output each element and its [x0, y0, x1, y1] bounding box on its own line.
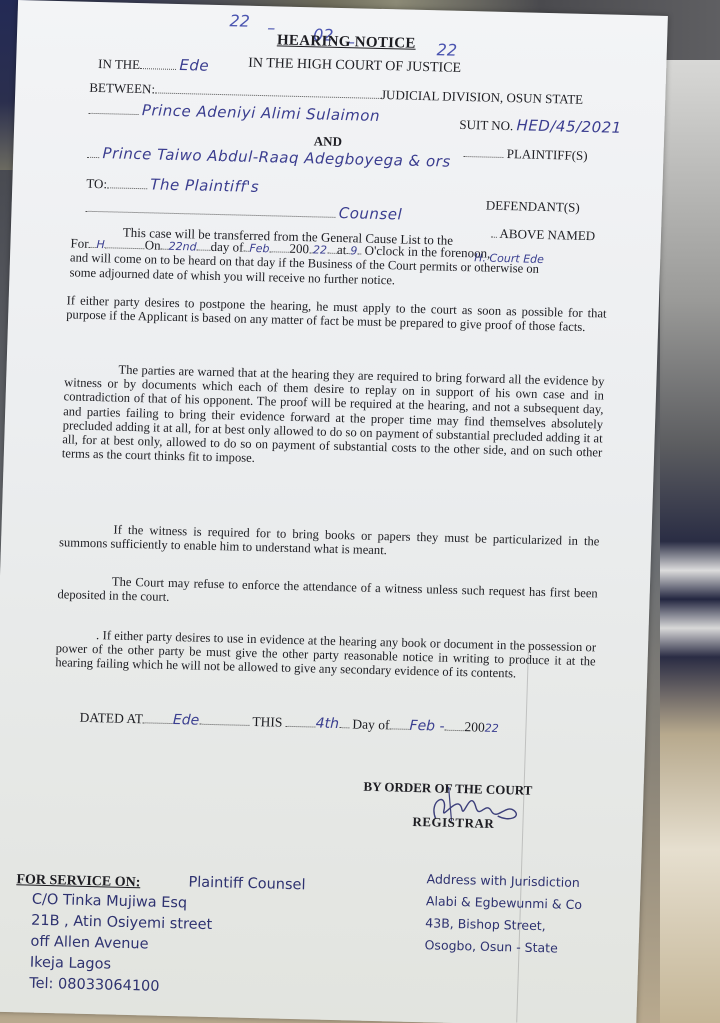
handwritten-date-day: 22: [229, 11, 250, 30]
defendant-label: DEFENDANT(S): [486, 198, 580, 216]
paragraph-witness-books: If the witness is required for to bring …: [59, 521, 600, 563]
service-address: Plaintiff Counsel C/O Tinka Mujiwa Esq 2…: [17, 868, 306, 1001]
dated-month: Feb -: [409, 718, 445, 735]
to-line: TO: The Plaintiff's: [86, 174, 259, 196]
in-the-value: Ede: [179, 56, 209, 75]
plaintiff-name-line: Prince Adeniyi Alimi Sulaimon: [88, 100, 380, 125]
plaintiff-name: Prince Adeniyi Alimi Sulaimon: [142, 101, 381, 125]
to-line-2: Counsel: [85, 198, 402, 224]
to-value-2: Counsel: [339, 204, 403, 224]
defendant-name: Prince Taiwo Abdul-Raaq Adegboyega & ors: [102, 144, 451, 170]
service-line: Plaintiff Counsel: [188, 872, 306, 896]
jurisdiction-line: Osogbo, Osun - State: [424, 934, 581, 960]
paragraph-postpone: If either party desires to postpone the …: [66, 293, 607, 335]
to-value-1: The Plaintiff's: [150, 175, 259, 196]
for-value: H: [96, 238, 105, 251]
background-right: [660, 60, 720, 1023]
plaintiff-label-line: PLAINTIFF(S): [463, 145, 588, 164]
suit-no-value: HED/45/2021: [516, 116, 622, 137]
dated-year: 22: [485, 722, 499, 735]
dated-place: Ede: [173, 712, 200, 729]
document-title: HEARING NOTICE: [277, 32, 416, 52]
dated-line: DATED ATEde THIS 4th Day ofFeb -20022: [79, 710, 499, 736]
on-value: 22nd: [168, 240, 196, 254]
defendant-name-line: Prince Taiwo Abdul-Raaq Adegboyega & ors: [87, 144, 451, 171]
jurisdiction-address: Address with Jurisdiction Alabi & Egbewu…: [424, 868, 583, 960]
between-label: BETWEEN:: [89, 80, 155, 97]
above-named-label: ABOVE NAMED: [491, 226, 596, 245]
dated-day: 4th: [316, 716, 340, 733]
registrar-label: REGISTRAR: [412, 814, 494, 832]
hearing-notice-document: 22 – 02 – 22 HEARING NOTICE IN THE HIGH …: [0, 0, 668, 1023]
handwritten-date-year: 22: [436, 40, 457, 59]
suit-no-label: SUIT NO.: [459, 117, 513, 133]
suit-no-line: SUIT NO. HED/45/2021: [459, 115, 622, 137]
division-label: JUDICIAL DIVISION, OSUN STATE: [381, 87, 584, 107]
and-label: AND: [314, 133, 343, 150]
to-label: TO:: [86, 176, 107, 191]
year-value: 22: [313, 243, 327, 256]
court-heading: IN THE HIGH COURT OF JUSTICE: [248, 56, 461, 77]
paragraph-evidence: . If either party desires to use in evid…: [55, 627, 596, 683]
plaintiff-label: PLAINTIFF(S): [507, 146, 588, 163]
paragraph-attendance: The Court may refuse to enforce the atte…: [57, 573, 598, 615]
in-the-line: IN THE Ede: [98, 54, 210, 75]
paper-fold-line: [516, 643, 529, 1023]
handwritten-date-sep: –: [267, 18, 276, 37]
in-the-label: IN THE: [98, 56, 140, 72]
paragraph-warning: The parties are warned that at the heari…: [62, 361, 605, 474]
month-value: Feb: [249, 242, 269, 255]
